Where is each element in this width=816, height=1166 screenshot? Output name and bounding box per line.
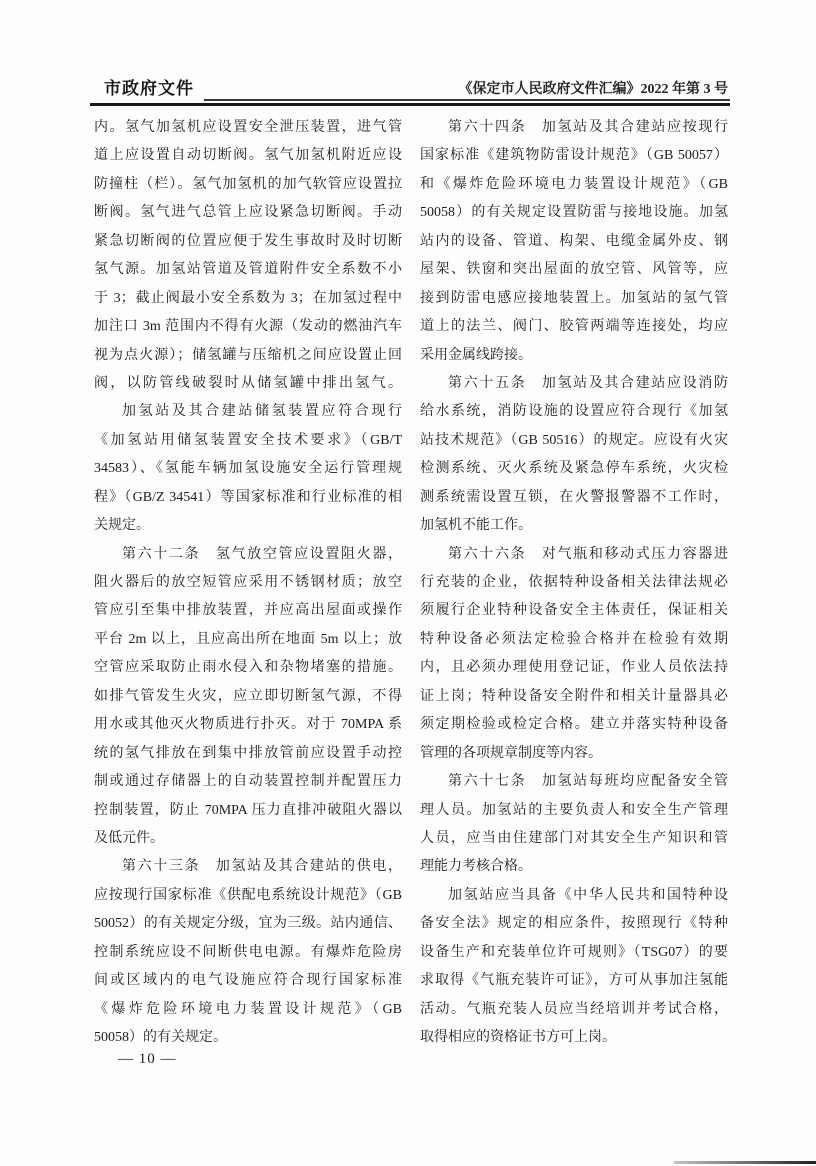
text-line: 活动。气瓶充装人员应当经培训并考试合格， [420,996,728,1024]
header-section-title: 市政府文件 [104,74,194,99]
text-line: 制或通过存储器上的自动装置控制并配置压力 [94,768,402,796]
text-line: 统的氢气排放在到集中排放管前应设置手动控 [94,740,402,768]
text-line: 加氢站及其合建站储氢装置应符合现行 [94,398,402,426]
text-line: 取得相应的资格证书方可上岗。 [420,1024,728,1052]
text-line: 氢气源。加氢站管道及管道附件安全系数不小 [94,256,402,284]
text-line: 须履行企业特种设备安全主体责任，保证相关 [420,597,728,625]
header-rule-thin [204,99,730,101]
text-line: 50052）的有关规定分级，宜为三级。站内通信、 [94,910,402,938]
text-line: 用水或其他灭火物质进行扑灭。对于 70MPA 系 [94,711,402,739]
text-line: 道上应设置自动切断阀。氢气加氢机附近应设 [94,142,402,170]
text-line: 理人员。加氢站的主要负责人和安全生产管理 [420,797,728,825]
text-line: 加氢站应当具备《中华人民共和国特种设 [420,882,728,910]
text-line: 管理的各项规章制度等内容。 [420,740,728,768]
text-line: 如排气管发生火灾，应立即切断氢气源，不得 [94,683,402,711]
text-line: 加氢机不能工作。 [420,512,728,540]
text-line: 及低元件。 [94,825,402,853]
text-line: 设备生产和充装单位许可规则》（TSG07）的要 [420,939,728,967]
document-body: 内。氢气加氢机应设置安全泄压装置，进气管 道上应设置自动切断阀。氢气加氢机附近应… [94,114,728,1052]
text-line: 50058）的有关规定。 [94,1024,402,1052]
scan-artifact [674,1161,816,1164]
text-line: 视为点火源）；储氢罐与压缩机之间应设置止回 [94,342,402,370]
text-line: 第六十四条 加氢站及其合建站应按现行 [420,114,728,142]
header-rule-thick [90,103,730,106]
text-line: 检测系统、灭火系统及紧急停车系统，火灾检 [420,455,728,483]
text-line: 间或区域内的电气设施应符合现行国家标准 [94,967,402,995]
text-line: 内，且必须办理使用登记证，作业人员依法持 [420,654,728,682]
text-line: 管应引至集中排放装置，并应高出屋面或操作 [94,597,402,625]
header-compilation-title: 《保定市人民政府文件汇编》2022 年第 3 号 [459,78,729,98]
text-line: 加注口 3m 范围内不得有火源（发动的燃油汽车 [94,313,402,341]
text-line: 控制装置，防止 70MPA 压力直排冲破阻火器以 [94,797,402,825]
text-line: 阻火器后的放空短管应采用不锈钢材质；放空 [94,569,402,597]
text-line: 第六十六条 对气瓶和移动式压力容器进 [420,541,728,569]
text-line: 34583）、《氢能车辆加氢设施安全运行管理规 [94,455,402,483]
text-line: 接到防雷电感应接地装置上。加氢站的氢气管 [420,285,728,313]
text-line: 国家标准《建筑物防雷设计规范》（GB 50057） [420,142,728,170]
text-line: 和《爆炸危险环境电力装置设计规范》（GB [420,171,728,199]
text-line: 理能力考核合格。 [420,853,728,881]
text-line: 行充装的企业，依据特种设备相关法律法规必 [420,569,728,597]
text-line: 于 3；截止阀最小安全系数为 3；在加氢过程中 [94,285,402,313]
text-line: 防撞柱（栏）。氢气加氢机的加气软管应设置拉 [94,171,402,199]
text-line: 采用金属线跨接。 [420,342,728,370]
text-line: 备安全法》规定的相应条件，按照现行《特种 [420,910,728,938]
text-line: 道上的法兰、阀门、胶管两端等连接处，均应 [420,313,728,341]
right-column: 第六十四条 加氢站及其合建站应按现行 国家标准《建筑物防雷设计规范》（GB 50… [420,114,728,1052]
text-line: 屋架、铁窗和突出屋面的放空管、风管等，应 [420,256,728,284]
text-line: 紧急切断阀的位置应便于发生事故时及时切断 [94,228,402,256]
text-line: 内。氢气加氢机应设置安全泄压装置，进气管 [94,114,402,142]
text-line: 测系统需设置互锁，在火警报警器不工作时， [420,484,728,512]
text-line: 证上岗；特种设备安全附件和相关计量器具必 [420,683,728,711]
text-line: 须定期检验或检定合格。建立并落实特种设备 [420,711,728,739]
text-line: 求取得《气瓶充装许可证》，方可从事加注氢能 [420,967,728,995]
left-column: 内。氢气加氢机应设置安全泄压装置，进气管 道上应设置自动切断阀。氢气加氢机附近应… [94,114,402,1052]
text-line: 《爆炸危险环境电力装置设计规范》（GB [94,996,402,1024]
text-line: 50058）的有关规定设置防雷与接地设施。加氢 [420,199,728,227]
text-line: 站内的设备、管道、构架、电缆金属外皮、钢 [420,228,728,256]
text-line: 阀，以防管线破裂时从储氢罐中排出氢气。 [94,370,402,398]
text-line: 第六十五条 加氢站及其合建站应设消防 [420,370,728,398]
text-line: 站技术规范》（GB 50516）的规定。应设有火灾 [420,427,728,455]
text-line: 平台 2m 以上，且应高出所在地面 5m 以上；放 [94,626,402,654]
text-line: 关规定。 [94,512,402,540]
text-line: 应按现行国家标准《供配电系统设计规范》（GB [94,882,402,910]
text-line: 控制系统应设不间断供电电源。有爆炸危险房 [94,939,402,967]
text-line: 第六十三条 加氢站及其合建站的供电， [94,853,402,881]
page-header: 市政府文件 《保定市人民政府文件汇编》2022 年第 3 号 [90,74,730,106]
page-number: — 10 — [118,1051,177,1068]
text-line: 第六十七条 加氢站每班均应配备安全管 [420,768,728,796]
text-line: 给水系统，消防设施的设置应符合现行《加氢 [420,398,728,426]
text-line: 特种设备必须法定检验合格并在检验有效期 [420,626,728,654]
document-page: 市政府文件 《保定市人民政府文件汇编》2022 年第 3 号 内。氢气加氢机应设… [0,0,816,1166]
text-line: 程》（GB/Z 34541）等国家标准和行业标准的相 [94,484,402,512]
text-line: 第六十二条 氢气放空管应设置阻火器， [94,541,402,569]
text-line: 人员，应当由住建部门对其安全生产知识和管 [420,825,728,853]
text-line: 空管应采取防止雨水侵入和杂物堵塞的措施。 [94,654,402,682]
text-line: 断阀。氢气进气总管上应设紧急切断阀。手动 [94,199,402,227]
text-line: 《加氢站用储氢装置安全技术要求》（GB/T [94,427,402,455]
